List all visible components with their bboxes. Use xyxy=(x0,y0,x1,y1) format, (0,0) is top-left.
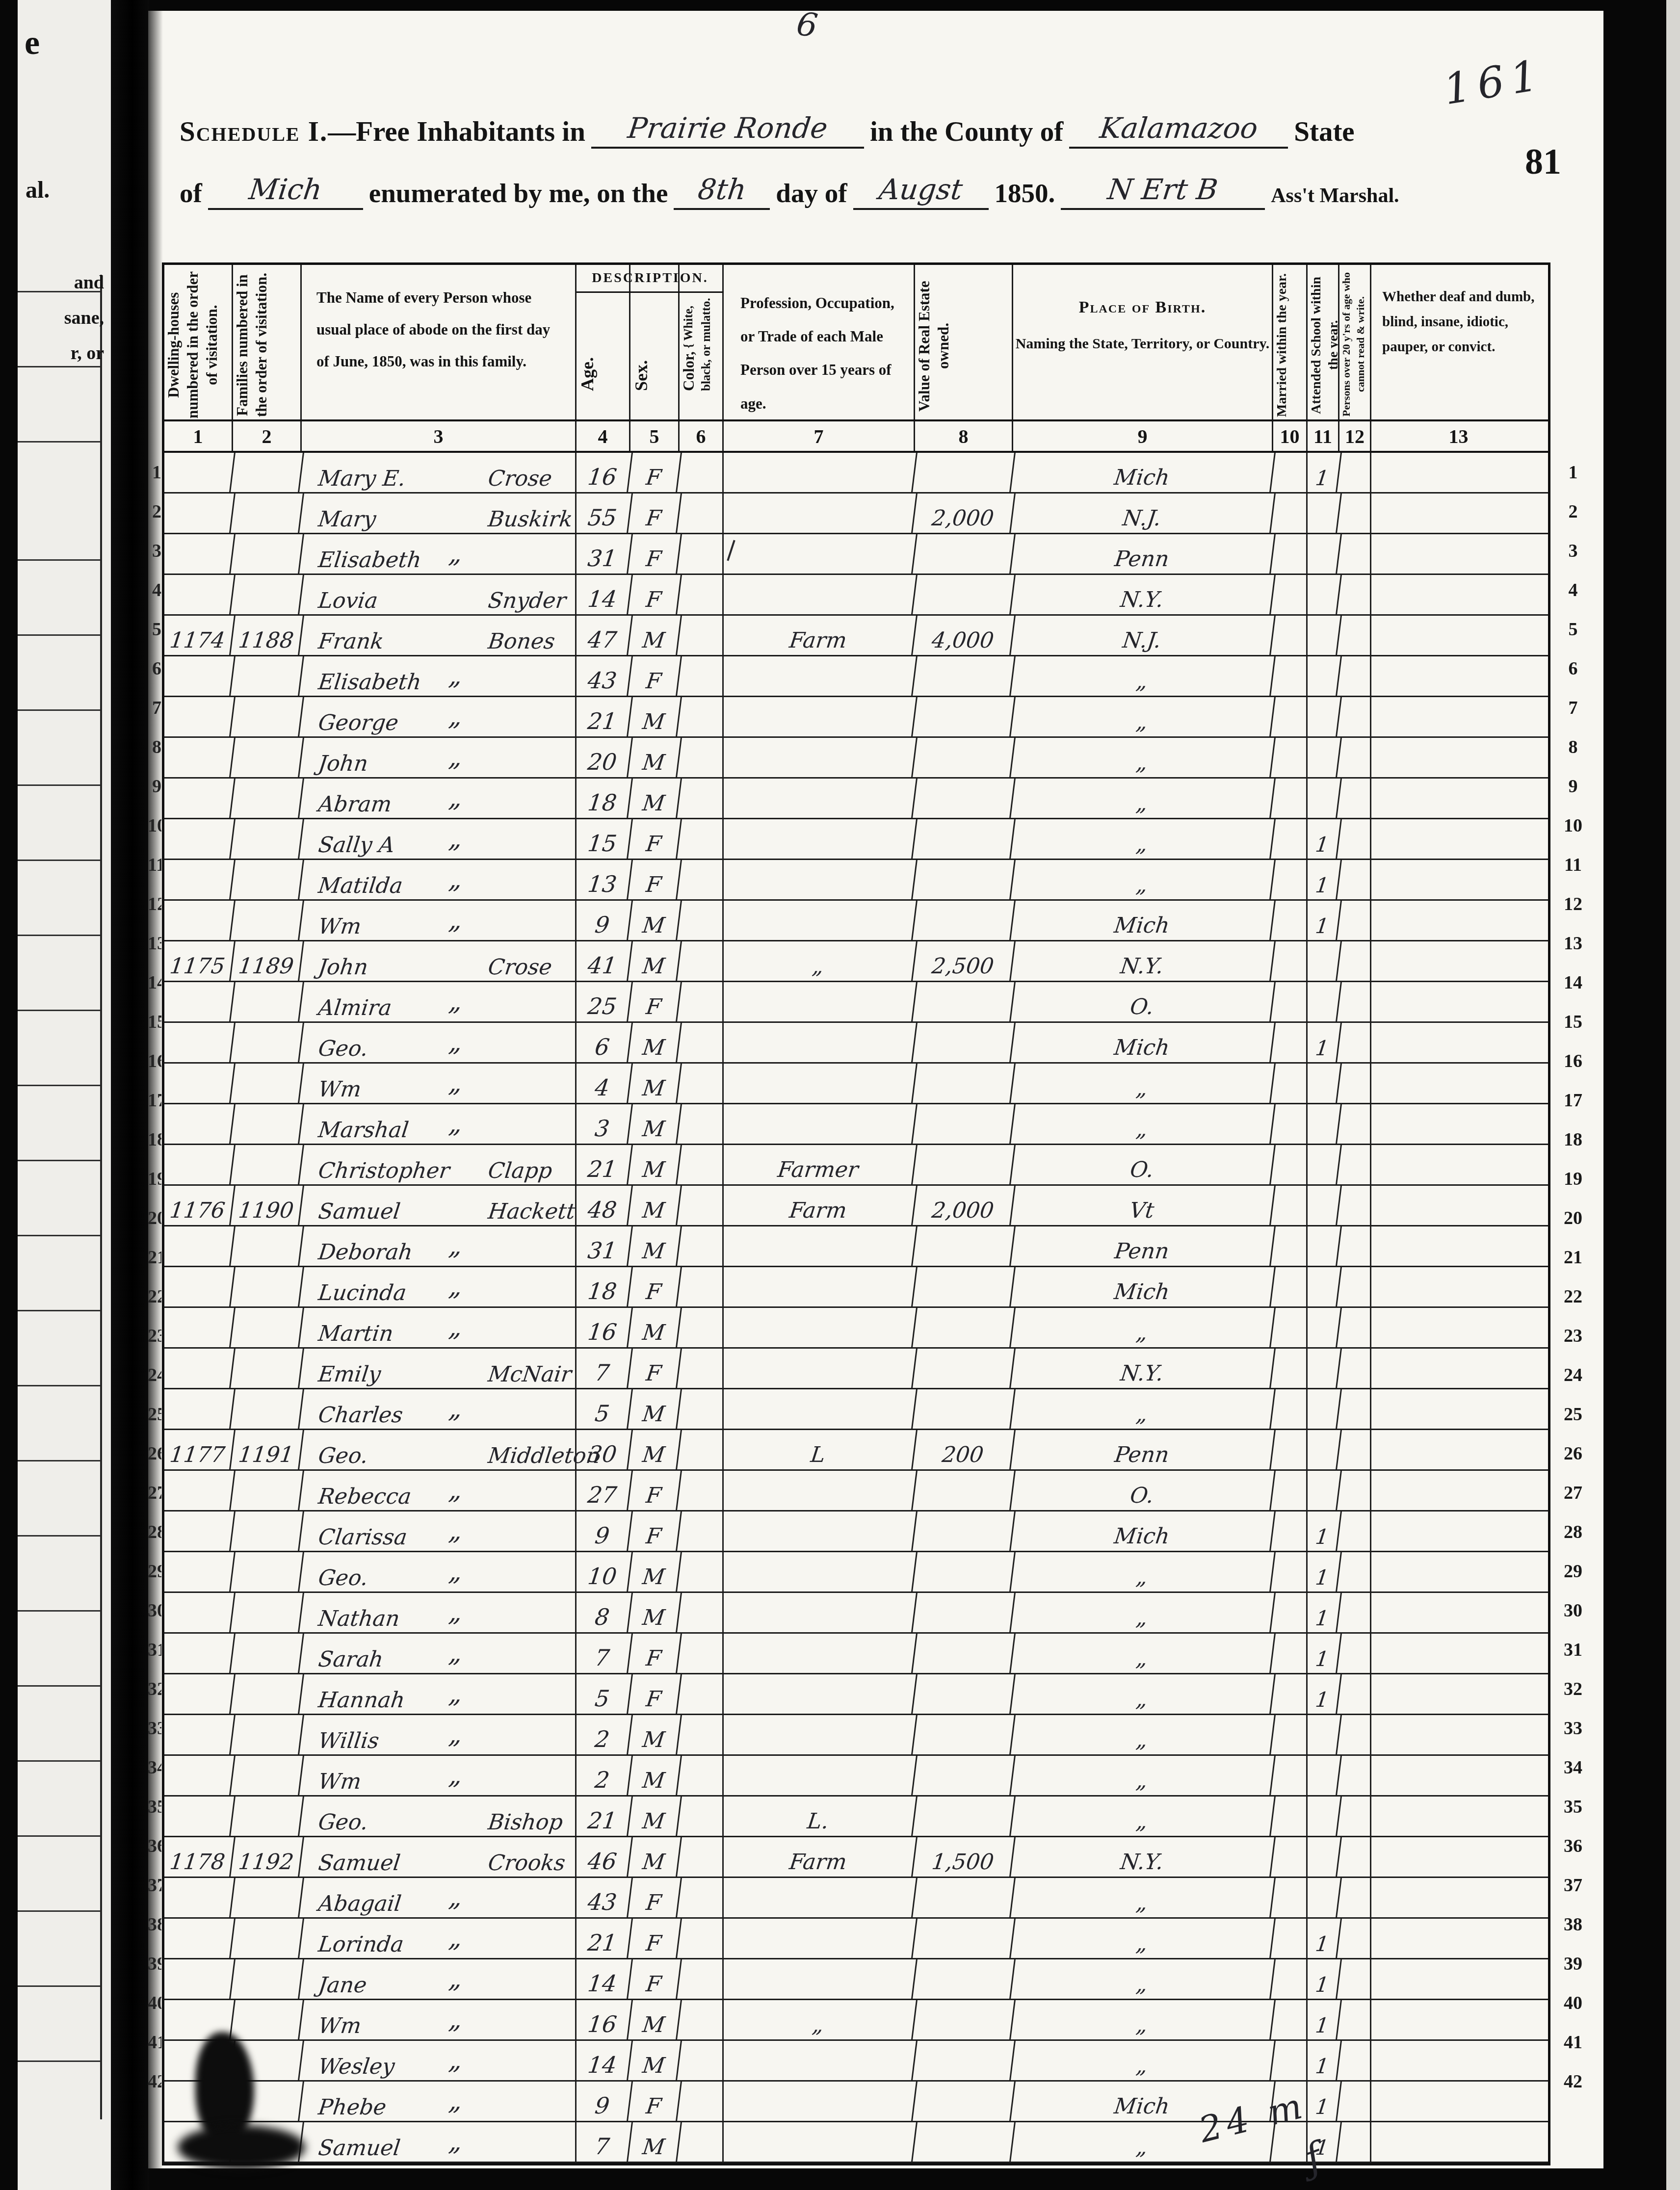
cell-real-estate-value: 4,000 xyxy=(913,616,1016,655)
given-name: Willis xyxy=(317,1728,381,1753)
cell-family-number xyxy=(231,494,304,533)
fragment-text: e xyxy=(25,24,40,63)
cell-real-estate-value xyxy=(913,1064,1016,1103)
table-row: Abagail „ 43 F „ xyxy=(164,1878,1548,1919)
cell-attended-school: 1 xyxy=(1305,2000,1342,2039)
cell-dwelling-number xyxy=(162,1797,236,1836)
table-row: Abram „ 18 M „ xyxy=(164,779,1548,819)
line-number-right: 4 xyxy=(1556,571,1590,610)
line-number-right: 29 xyxy=(1556,1552,1590,1591)
census-page: 6 161 81 Schedule I.—Free Inhabitants in… xyxy=(148,11,1603,2168)
cell-attended-school: 1 xyxy=(1305,1959,1342,1999)
cell-attended-school xyxy=(1305,941,1342,981)
column-number: 13 xyxy=(1371,421,1546,451)
cell-cannot-read-write xyxy=(1339,697,1371,736)
given-name: Wm xyxy=(317,1077,363,1102)
surname: „ xyxy=(447,1598,464,1627)
cell-occupation xyxy=(721,1349,918,1388)
cell-sex: F xyxy=(628,1471,682,1510)
surname: „ xyxy=(447,1028,464,1057)
cell-age: 3 xyxy=(574,1104,633,1144)
cell-birthplace: „ xyxy=(1011,1674,1276,1714)
cell-family-number xyxy=(231,656,304,696)
cell-dwelling-number xyxy=(162,1512,236,1551)
cell-married-within-year xyxy=(1273,494,1308,533)
line-number-right: 22 xyxy=(1556,1277,1590,1316)
line-number-left: 24 xyxy=(148,1356,161,1395)
book-gutter xyxy=(111,0,149,2190)
cell-age: 15 xyxy=(574,819,633,859)
cell-married-within-year xyxy=(1273,1959,1308,1999)
cell-birthplace: „ xyxy=(1011,1715,1276,1754)
cell-occupation xyxy=(721,453,918,492)
cell-age: 16 xyxy=(574,453,633,492)
cell-family-number xyxy=(231,1593,304,1632)
cell-sex: M xyxy=(628,2122,682,2162)
cell-age: 7 xyxy=(574,1349,633,1388)
line-number-right: 37 xyxy=(1556,1866,1590,1905)
cell-attended-school: 1 xyxy=(1305,1023,1342,1062)
cell-attended-school xyxy=(1305,1267,1342,1306)
cell-family-number xyxy=(231,1634,304,1673)
line-number-right: 14 xyxy=(1556,963,1590,1002)
cell-occupation xyxy=(721,697,918,736)
line-number-left: 18 xyxy=(148,1120,161,1159)
cell-condition xyxy=(1371,1552,1546,1591)
cell-color xyxy=(680,2000,724,2039)
cell-attended-school xyxy=(1305,697,1342,736)
cell-cannot-read-write xyxy=(1339,1919,1371,1958)
cell-color xyxy=(680,860,724,899)
line-number-left: 5 xyxy=(148,610,161,649)
table-row: Geo. „ 10 M „ 1 xyxy=(164,1552,1548,1593)
cell-married-within-year xyxy=(1273,941,1308,981)
cell-cannot-read-write xyxy=(1339,1878,1371,1917)
surname: „ xyxy=(447,1313,464,1342)
cell-cannot-read-write xyxy=(1339,860,1371,899)
cell-family-number xyxy=(231,1919,304,1958)
cell-birthplace: „ xyxy=(1011,860,1276,899)
cell-condition xyxy=(1371,656,1546,696)
cell-sex: M xyxy=(628,1797,682,1836)
line-number-right: 31 xyxy=(1556,1630,1590,1669)
cell-cannot-read-write xyxy=(1339,1267,1371,1306)
cell-family-number: 1192 xyxy=(231,1837,304,1877)
printed-page-number: 81 xyxy=(1525,141,1561,183)
cell-cannot-read-write xyxy=(1339,2082,1371,2121)
line-number-right: 18 xyxy=(1556,1120,1590,1159)
line-number-left: 3 xyxy=(148,531,161,571)
cell-birthplace: Penn xyxy=(1011,1226,1276,1266)
cell-family-number xyxy=(231,1797,304,1836)
surname: Hackett xyxy=(487,1199,577,1224)
line-number-left: 7 xyxy=(148,688,161,728)
line-number-right: 17 xyxy=(1556,1081,1590,1120)
line-number-left: 9 xyxy=(148,767,161,806)
cell-dwelling-number xyxy=(162,534,236,574)
table-row: Willis „ 2 M „ xyxy=(164,1715,1548,1756)
cell-attended-school xyxy=(1305,779,1342,818)
line-number-left: 10 xyxy=(148,806,161,845)
cell-attended-school xyxy=(1305,1308,1342,1347)
cell-occupation xyxy=(721,534,918,574)
cell-condition xyxy=(1371,697,1546,736)
cell-real-estate-value xyxy=(913,2000,1016,2039)
surname: „ xyxy=(447,1720,464,1749)
line-number-right: 19 xyxy=(1556,1159,1590,1199)
cell-occupation xyxy=(721,1878,918,1917)
given-name: Geo. xyxy=(317,1443,369,1468)
given-name: Lucinda xyxy=(317,1280,408,1305)
marshal-signature: N Ert B xyxy=(1061,178,1265,210)
cell-age: 21 xyxy=(574,697,633,736)
given-name: Geo. xyxy=(317,1565,369,1590)
table-row: Lucinda „ 18 F Mich xyxy=(164,1267,1548,1308)
cell-color xyxy=(680,1064,724,1103)
surname: Buskirk xyxy=(487,507,574,532)
cell-occupation xyxy=(721,1552,918,1591)
table-row: Christopher Clapp 21 M Farmer O. xyxy=(164,1145,1548,1186)
cell-age: 25 xyxy=(574,982,633,1021)
cell-color xyxy=(680,1308,724,1347)
table-row: Jane „ 14 F „ 1 xyxy=(164,1959,1548,2000)
cell-married-within-year xyxy=(1273,901,1308,940)
cell-condition xyxy=(1371,2122,1546,2162)
cell-dwelling-number xyxy=(162,860,236,899)
cell-family-number xyxy=(231,738,304,777)
cell-attended-school xyxy=(1305,534,1342,574)
cell-occupation xyxy=(721,2082,918,2121)
cell-real-estate-value xyxy=(913,453,1016,492)
line-number-right: 28 xyxy=(1556,1512,1590,1552)
cell-cannot-read-write xyxy=(1339,1064,1371,1103)
cell-married-within-year xyxy=(1273,1837,1308,1877)
cell-age: 55 xyxy=(574,494,633,533)
cell-married-within-year xyxy=(1273,1715,1308,1754)
cell-name: Marshal „ xyxy=(302,1104,577,1144)
cell-name: John Crose xyxy=(302,941,577,981)
cell-sex: F xyxy=(628,1512,682,1551)
cell-occupation xyxy=(721,1593,918,1632)
cell-dwelling-number xyxy=(162,1593,236,1632)
cell-age: 2 xyxy=(574,1715,633,1754)
cell-family-number xyxy=(231,1756,304,1795)
line-number-right: 34 xyxy=(1556,1748,1590,1787)
line-number-left: 17 xyxy=(148,1081,161,1120)
cell-condition xyxy=(1371,1634,1546,1673)
cell-attended-school xyxy=(1305,1064,1342,1103)
surname: „ xyxy=(447,1924,464,1953)
cell-color xyxy=(680,534,724,574)
fragment-column-text: and sane, r, or xyxy=(18,265,109,371)
surname: „ xyxy=(447,1272,464,1302)
cell-married-within-year xyxy=(1273,1593,1308,1632)
cell-birthplace: „ xyxy=(1011,738,1276,777)
cell-married-within-year xyxy=(1273,819,1308,859)
surname: Clapp xyxy=(487,1158,554,1183)
cell-condition xyxy=(1371,1878,1546,1917)
cell-occupation xyxy=(721,819,918,859)
surname: „ xyxy=(447,783,464,813)
table-row: Wesley „ 14 M „ 1 xyxy=(164,2041,1548,2082)
line-number-left: 8 xyxy=(148,728,161,767)
cell-real-estate-value xyxy=(913,697,1016,736)
cell-color xyxy=(680,779,724,818)
line-number-right: 2 xyxy=(1556,492,1590,531)
cell-name: Charles „ xyxy=(302,1389,577,1429)
cell-dwelling-number xyxy=(162,697,236,736)
cell-birthplace: N.Y. xyxy=(1011,575,1276,614)
line-number-left: 1 xyxy=(148,453,161,492)
cell-cannot-read-write xyxy=(1339,1634,1371,1673)
cell-age: 27 xyxy=(574,1471,633,1510)
cell-attended-school: 1 xyxy=(1305,453,1342,492)
line-number-left: 15 xyxy=(148,1002,161,1042)
cell-color xyxy=(680,1023,724,1062)
given-name: Abagail xyxy=(317,1891,403,1916)
cell-sex: F xyxy=(628,575,682,614)
previous-page-fragment: e al. and sane, r, or xyxy=(18,0,111,2190)
cell-married-within-year xyxy=(1273,2000,1308,2039)
cell-married-within-year xyxy=(1273,1389,1308,1429)
cell-cannot-read-write xyxy=(1339,575,1371,614)
cell-occupation xyxy=(721,1634,918,1673)
line-number-left: 39 xyxy=(148,1944,161,1983)
cell-condition xyxy=(1371,1715,1546,1754)
given-name: Jane xyxy=(317,1973,368,1998)
given-name: John xyxy=(317,955,369,980)
cell-real-estate-value xyxy=(913,1226,1016,1266)
cell-birthplace: Mich xyxy=(1011,901,1276,940)
line-number-left: 6 xyxy=(148,649,161,688)
line-number-right: 26 xyxy=(1556,1434,1590,1473)
line-number-left: 2 xyxy=(148,492,161,531)
column-number: 7 xyxy=(724,421,915,451)
cell-dwelling-number: 1176 xyxy=(162,1186,236,1225)
cell-family-number xyxy=(231,453,304,492)
cell-birthplace: „ xyxy=(1011,1389,1276,1429)
cell-sex: M xyxy=(628,697,682,736)
cell-sex: M xyxy=(628,1552,682,1591)
header-dwelling: Dwelling-houses numbered in the order of… xyxy=(164,265,233,419)
cell-condition xyxy=(1371,738,1546,777)
cell-married-within-year xyxy=(1273,1471,1308,1510)
cell-attended-school xyxy=(1305,1797,1342,1836)
surname: „ xyxy=(447,743,464,772)
cell-occupation xyxy=(721,2041,918,2080)
cell-name: Elisabeth „ xyxy=(302,656,577,696)
cell-family-number xyxy=(231,1512,304,1551)
cell-family-number xyxy=(231,1308,304,1347)
cell-condition xyxy=(1371,1349,1546,1388)
cell-attended-school xyxy=(1305,1145,1342,1184)
line-number-right: 39 xyxy=(1556,1944,1590,1983)
cell-cannot-read-write xyxy=(1339,1674,1371,1714)
cell-real-estate-value xyxy=(913,1349,1016,1388)
cell-occupation xyxy=(721,1226,918,1266)
ink-blot xyxy=(178,2125,305,2169)
cell-color xyxy=(680,1145,724,1184)
cell-color xyxy=(680,1674,724,1714)
line-number-left: 33 xyxy=(148,1709,161,1748)
cell-dwelling-number: 1175 xyxy=(162,941,236,981)
cell-name: Lorinda „ xyxy=(302,1919,577,1958)
cell-married-within-year xyxy=(1273,453,1308,492)
table-row: Wm „ 4 M „ xyxy=(164,1064,1548,1104)
cell-condition xyxy=(1371,1797,1546,1836)
cell-condition xyxy=(1371,2082,1546,2121)
cell-occupation xyxy=(721,1104,918,1144)
line-number-left: 40 xyxy=(148,1983,161,2023)
cell-dwelling-number xyxy=(162,575,236,614)
cell-sex: F xyxy=(628,453,682,492)
cell-family-number xyxy=(231,1715,304,1754)
cell-color xyxy=(680,2041,724,2080)
cell-married-within-year xyxy=(1273,1023,1308,1062)
cell-birthplace: Vt xyxy=(1011,1186,1276,1225)
table-row: Clarissa „ 9 F Mich 1 xyxy=(164,1512,1548,1552)
cell-sex: M xyxy=(628,779,682,818)
cell-age: 9 xyxy=(574,2082,633,2121)
cell-condition xyxy=(1371,1308,1546,1347)
cell-birthplace: „ xyxy=(1011,1878,1276,1917)
cell-color xyxy=(680,1104,724,1144)
line-number-left: 11 xyxy=(148,845,161,885)
cell-family-number xyxy=(231,575,304,614)
cell-dwelling-number xyxy=(162,1023,236,1062)
cell-sex: M xyxy=(628,1104,682,1144)
given-name: Wesley xyxy=(317,2054,396,2079)
line-number-left: 30 xyxy=(148,1591,161,1630)
cell-name: Sally A „ xyxy=(302,819,577,859)
cell-name: Sarah „ xyxy=(302,1634,577,1673)
column-number: 2 xyxy=(233,421,302,451)
cell-color xyxy=(680,1267,724,1306)
cell-birthplace: Penn xyxy=(1011,534,1276,574)
cell-cannot-read-write xyxy=(1339,941,1371,981)
cell-birthplace: Mich xyxy=(1011,1512,1276,1551)
cell-married-within-year xyxy=(1273,1226,1308,1266)
cell-condition xyxy=(1371,1674,1546,1714)
line-number-right: 24 xyxy=(1556,1356,1590,1395)
cell-color xyxy=(680,1919,724,1958)
cell-family-number xyxy=(231,1878,304,1917)
cell-married-within-year xyxy=(1273,1512,1308,1551)
cell-birthplace: N.Y. xyxy=(1011,1349,1276,1388)
cell-occupation xyxy=(721,1919,918,1958)
surname: Bones xyxy=(487,629,556,654)
title-line-1: Schedule I.—Free Inhabitants inPrairie R… xyxy=(180,116,1355,149)
surname: McNair xyxy=(487,1362,573,1387)
cell-sex: M xyxy=(628,1064,682,1103)
cell-occupation xyxy=(721,860,918,899)
cell-birthplace: „ xyxy=(1011,2000,1276,2039)
cell-color xyxy=(680,1878,724,1917)
cell-sex: F xyxy=(628,656,682,696)
handwritten-corner-mark: 6 xyxy=(794,4,820,45)
cell-sex: F xyxy=(628,494,682,533)
cell-cannot-read-write xyxy=(1339,1471,1371,1510)
table-row: 1177 1191 Geo. Middleton 30 M L 200 Penn xyxy=(164,1430,1548,1471)
cell-sex: M xyxy=(628,941,682,981)
cell-cannot-read-write xyxy=(1339,494,1371,533)
cell-occupation xyxy=(721,2122,918,2162)
cell-cannot-read-write xyxy=(1339,779,1371,818)
line-number-left: 41 xyxy=(148,2023,161,2062)
header-school: Attended School within the year. xyxy=(1308,265,1339,419)
cell-dwelling-number xyxy=(162,656,236,696)
cell-color xyxy=(680,1959,724,1999)
line-number-right: 1 xyxy=(1556,453,1590,492)
cell-dwelling-number xyxy=(162,1715,236,1754)
cell-attended-school xyxy=(1305,1349,1342,1388)
cell-condition xyxy=(1371,1389,1546,1429)
table-row: Mary Buskirk 55 F 2,000 N.J. xyxy=(164,494,1548,534)
cell-family-number: 1189 xyxy=(231,941,304,981)
cell-color xyxy=(680,1634,724,1673)
surname: „ xyxy=(447,2086,464,2116)
given-name: Wm xyxy=(317,914,363,939)
column-number: 4 xyxy=(577,421,630,451)
cell-birthplace: N.J. xyxy=(1011,616,1276,655)
cell-sex: F xyxy=(628,1674,682,1714)
cell-name: Samuel Crooks xyxy=(302,1837,577,1877)
cell-age: 18 xyxy=(574,779,633,818)
surname: Crose xyxy=(487,466,553,491)
cell-family-number xyxy=(231,2000,304,2039)
cell-cannot-read-write xyxy=(1339,1186,1371,1225)
cell-name: Samuel „ xyxy=(302,2122,577,2162)
line-number-right: 42 xyxy=(1556,2062,1590,2101)
table-row: Elisabeth „ 43 F „ xyxy=(164,656,1548,697)
table-row: Mary E. Crose 16 F Mich 1 xyxy=(164,453,1548,494)
cell-married-within-year xyxy=(1273,738,1308,777)
given-name: Christopher xyxy=(317,1158,451,1183)
cell-real-estate-value: 2,000 xyxy=(913,1186,1016,1225)
cell-dwelling-number xyxy=(162,819,236,859)
cell-birthplace: „ xyxy=(1011,1104,1276,1144)
cell-sex: M xyxy=(628,2041,682,2080)
cell-condition xyxy=(1371,616,1546,655)
cell-real-estate-value: 200 xyxy=(913,1430,1016,1469)
census-table: DESCRIPTION. Dwelling-houses numbered in… xyxy=(162,262,1550,2165)
given-name: Frank xyxy=(317,629,385,654)
cell-name: Lucinda „ xyxy=(302,1267,577,1306)
cell-birthplace: N.Y. xyxy=(1011,941,1276,981)
cell-cannot-read-write xyxy=(1339,1959,1371,1999)
line-number-right: 9 xyxy=(1556,767,1590,806)
township-entry: Prairie Ronde xyxy=(591,117,864,149)
cell-age: 8 xyxy=(574,1593,633,1632)
cell-age: 16 xyxy=(574,2000,633,2039)
line-number-left: 13 xyxy=(148,924,161,963)
given-name: Charles xyxy=(317,1403,404,1428)
line-number-right: 20 xyxy=(1556,1199,1590,1238)
cell-sex: M xyxy=(628,1186,682,1225)
table-row: Geo. Bishop 21 M L. „ xyxy=(164,1797,1548,1837)
title-line-2: ofMichenumerated by me, on the8thday ofA… xyxy=(180,178,1399,210)
cell-condition xyxy=(1371,494,1546,533)
cell-age: 14 xyxy=(574,2041,633,2080)
cell-family-number xyxy=(231,1226,304,1266)
cell-married-within-year xyxy=(1273,1064,1308,1103)
header-married: Married within the year. xyxy=(1273,265,1308,419)
cell-attended-school xyxy=(1305,1389,1342,1429)
cell-condition xyxy=(1371,779,1546,818)
cell-married-within-year xyxy=(1273,779,1308,818)
cell-birthplace: „ xyxy=(1011,779,1276,818)
cell-real-estate-value xyxy=(913,1878,1016,1917)
